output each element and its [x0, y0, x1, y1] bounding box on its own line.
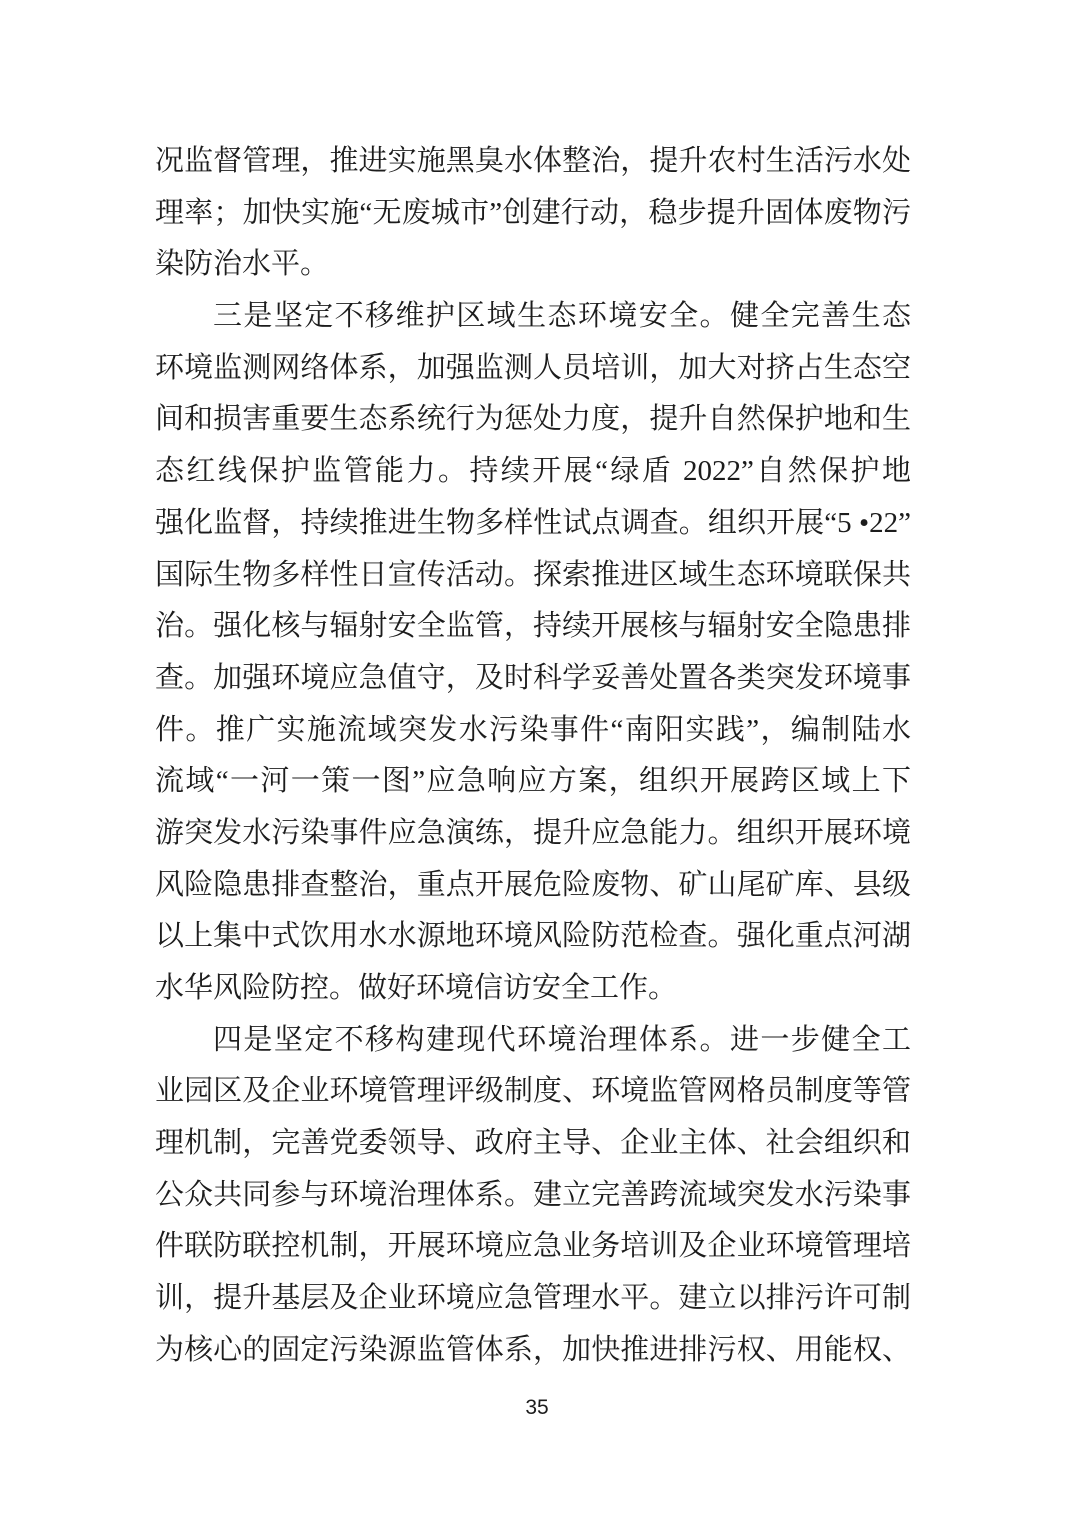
text-line: 染防治水平。 [155, 239, 911, 291]
text-line: 三是坚定不移维护区域生态环境安全。健全完善生态 [155, 291, 911, 343]
text-line: 治。强化核与辐射安全监管，持续开展核与辐射安全隐患排 [155, 601, 911, 653]
text-line: 态红线保护监管能力。持续开展“绿盾 2022”自然保护地 [155, 446, 911, 498]
page-number: 35 [0, 1396, 1074, 1420]
text-line: 国际生物多样性日宣传活动。探索推进区域生态环境联保共 [155, 550, 911, 602]
text-line: 风险隐患排查整治，重点开展危险废物、矿山尾矿库、县级 [155, 860, 911, 912]
text-line: 间和损害重要生态系统行为惩处力度，提升自然保护地和生 [155, 394, 911, 446]
text-line: 训，提升基层及企业环境应急管理水平。建立以排污许可制 [155, 1273, 911, 1325]
text-line: 以上集中式饮用水水源地环境风险防范检查。强化重点河湖 [155, 911, 911, 963]
text-line: 水华风险防控。做好环境信访安全工作。 [155, 963, 911, 1015]
text-line: 况监督管理，推进实施黑臭水体整治，提升农村生活污水处 [155, 136, 911, 188]
text-content: 况监督管理，推进实施黑臭水体整治，提升农村生活污水处理率；加快实施“无废城市”创… [155, 136, 911, 1377]
text-line: 为核心的固定污染源监管体系，加快推进排污权、用能权、 [155, 1325, 911, 1377]
document-page: 况监督管理，推进实施黑臭水体整治，提升农村生活污水处理率；加快实施“无废城市”创… [0, 0, 1074, 1520]
text-line: 强化监督，持续推进生物多样性试点调查。组织开展“5 •22” [155, 498, 911, 550]
text-line: 件联防联控机制，开展环境应急业务培训及企业环境管理培 [155, 1221, 911, 1273]
text-line: 游突发水污染事件应急演练，提升应急能力。组织开展环境 [155, 808, 911, 860]
text-line: 查。加强环境应急值守，及时科学妥善处置各类突发环境事 [155, 653, 911, 705]
text-line: 流域“一河一策一图”应急响应方案，组织开展跨区域上下 [155, 756, 911, 808]
text-line: 件。推广实施流域突发水污染事件“南阳实践”，编制陆水 [155, 705, 911, 757]
text-line: 理率；加快实施“无废城市”创建行动，稳步提升固体废物污 [155, 188, 911, 240]
text-line: 四是坚定不移构建现代环境治理体系。进一步健全工 [155, 1015, 911, 1067]
text-line: 环境监测网络体系，加强监测人员培训，加大对挤占生态空 [155, 343, 911, 395]
text-line: 理机制，完善党委领导、政府主导、企业主体、社会组织和 [155, 1118, 911, 1170]
text-line: 业园区及企业环境管理评级制度、环境监管网格员制度等管 [155, 1066, 911, 1118]
text-line: 公众共同参与环境治理体系。建立完善跨流域突发水污染事 [155, 1170, 911, 1222]
